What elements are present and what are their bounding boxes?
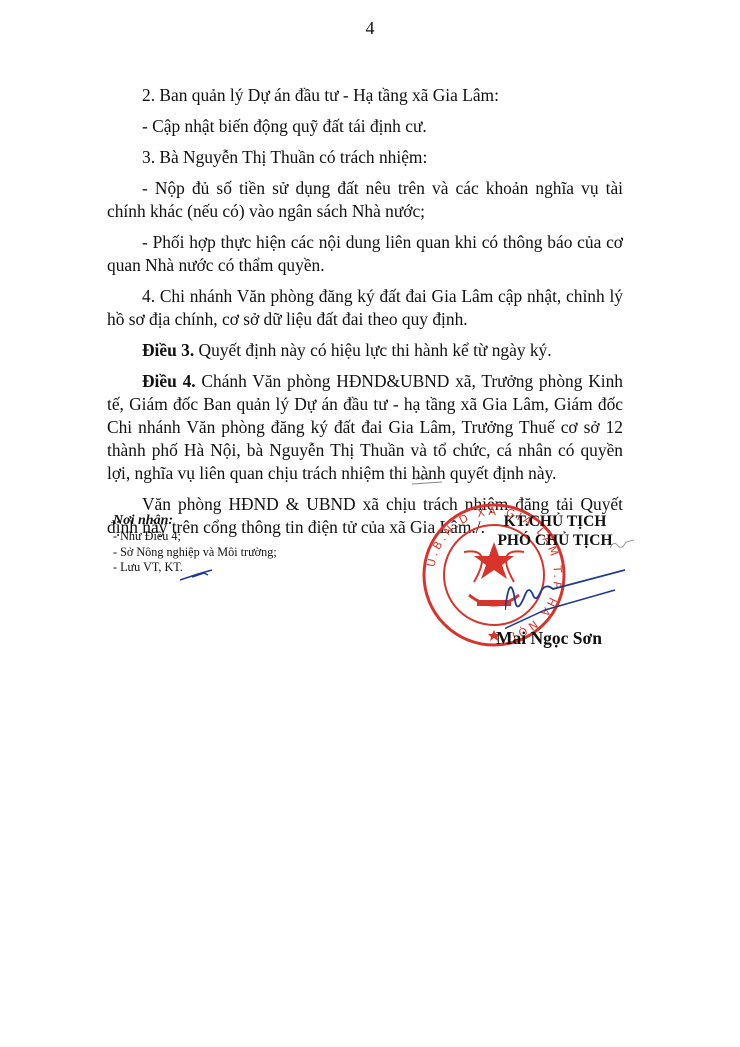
- article-3-text: Quyết định này có hiệu lực thi hành kể t…: [194, 340, 551, 360]
- paragraph-item-2: 2. Ban quản lý Dự án đầu tư - Hạ tầng xã…: [107, 84, 623, 107]
- paragraph-pay-fees: - Nộp đủ số tiền sử dụng đất nêu trên và…: [107, 177, 623, 223]
- recipients-block: Nơi nhận: - Như Điều 4; - Sở Nông nghiệp…: [113, 512, 277, 576]
- paragraph-coordinate: - Phối hợp thực hiện các nội dung liên q…: [107, 231, 623, 277]
- paragraph-article-4: Điều 4. Chánh Văn phòng HĐND&UBND xã, Tr…: [107, 370, 623, 485]
- recipient-item: - Như Điều 4;: [113, 529, 277, 545]
- document-body: 2. Ban quản lý Dự án đầu tư - Hạ tầng xã…: [107, 84, 623, 539]
- signature-title-line1: KT.CHỦ TỊCH: [470, 512, 640, 531]
- paragraph-update-land: - Cập nhật biến động quỹ đất tái định cư…: [107, 115, 623, 138]
- paragraph-item-4: 4. Chi nhánh Văn phòng đăng ký đất đai G…: [107, 285, 623, 331]
- handwritten-signature: [505, 555, 625, 635]
- recipients-title: Nơi nhận:: [113, 512, 277, 529]
- article-3-label: Điều 3.: [142, 340, 194, 360]
- signer-name: Mai Ngọc Sơn: [496, 628, 602, 649]
- paragraph-item-3: 3. Bà Nguyễn Thị Thuần có trách nhiệm:: [107, 146, 623, 169]
- recipient-item: - Sở Nông nghiệp và Môi trường;: [113, 545, 277, 561]
- article-4-label: Điều 4.: [142, 371, 196, 391]
- page-number: 4: [0, 18, 740, 39]
- initial-mark-recipients: [178, 568, 218, 582]
- initial-mark-body: [410, 472, 444, 486]
- initial-mark-title: [608, 538, 636, 550]
- paragraph-article-3: Điều 3. Quyết định này có hiệu lực thi h…: [107, 339, 623, 362]
